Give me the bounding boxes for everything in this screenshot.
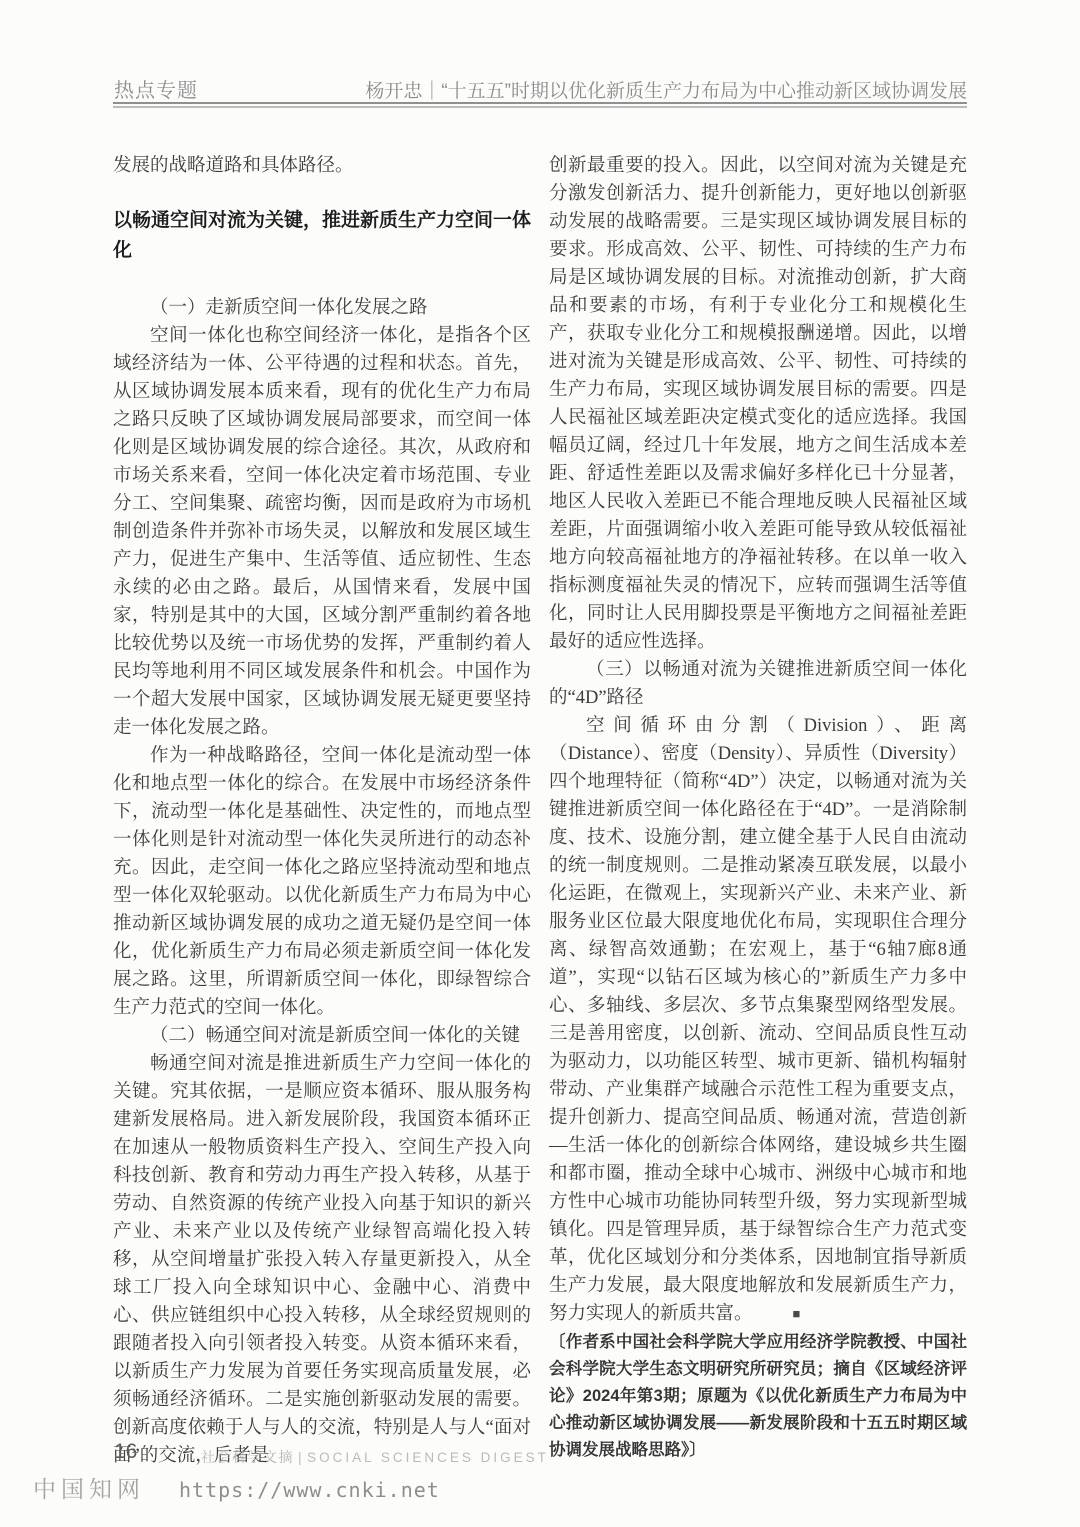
- cnki-watermark: 中国知网https://www.cnki.net: [33, 1471, 440, 1504]
- author-footnote: 〔作者系中国社会科学院大学应用经济学院教授、中国社会科学院大学生态文明研究所研究…: [549, 1329, 967, 1464]
- header-double-rule: [113, 102, 967, 108]
- body-paragraph-5: 空间循环由分割（Division）、距离（Distance）、密度（Densit…: [549, 712, 967, 1329]
- cnki-brand: 中国知网: [33, 1477, 145, 1502]
- body-paragraph-5-text: 空间循环由分割（Division）、距离（Distance）、密度（Densit…: [549, 716, 967, 1324]
- header-rule-top: [113, 102, 967, 104]
- cnki-url: https://www.cnki.net: [179, 1478, 440, 1502]
- header-rule-bottom: [113, 106, 967, 108]
- body-paragraph-1: 空间一体化也称空间经济一体化，是指各个区域经济结为一体、公平待遇的过程和状态。首…: [113, 322, 531, 742]
- body-paragraph-2: 作为一种战略路径，空间一体化是流动型一体化和地点型一体化的综合。在发展中市场经济…: [113, 742, 531, 1022]
- journal-name-en: SOCIAL SCIENCES DIGEST: [307, 1450, 549, 1465]
- section-heading: 以畅通空间对流为关键，推进新质生产力空间一体化: [113, 206, 531, 266]
- journal-footer: 社会科学文摘|SOCIAL SCIENCES DIGEST: [201, 1447, 549, 1467]
- page-number: 16: [114, 1440, 137, 1464]
- body-paragraph-4: 创新最重要的投入。因此，以空间对流为关键是充分激发创新活力、提升创新能力，更好地…: [549, 152, 967, 656]
- lead-paragraph: 发展的战略道路和具体路径。: [113, 152, 531, 180]
- subsection-heading-3: （三）以畅通对流为关键推进新质空间一体化的“4D”路径: [549, 656, 967, 712]
- journal-separator: |: [298, 1449, 303, 1465]
- left-column: 发展的战略道路和具体路径。 以畅通空间对流为关键，推进新质生产力空间一体化 （一…: [113, 152, 531, 1470]
- body-paragraph-3: 畅通空间对流是推进新质生产力空间一体化的关键。究其依据，一是顺应资本循环、服从服…: [113, 1050, 531, 1470]
- end-of-article-mark: ■: [756, 1300, 801, 1328]
- subsection-heading-1: （一）走新质空间一体化发展之路: [113, 294, 531, 322]
- right-column: 创新最重要的投入。因此，以空间对流为关键是充分激发创新活力、提升创新能力，更好地…: [549, 152, 967, 1464]
- subsection-heading-2: （二）畅通空间对流是新质空间一体化的关键: [113, 1022, 531, 1050]
- header-section-label: 热点专题: [114, 74, 198, 103]
- header-running-title: 杨开忠｜“十五五”时期以优化新质生产力布局为中心推动新区域协调发展: [365, 76, 967, 103]
- journal-name-cjk: 社会科学文摘: [201, 1449, 294, 1465]
